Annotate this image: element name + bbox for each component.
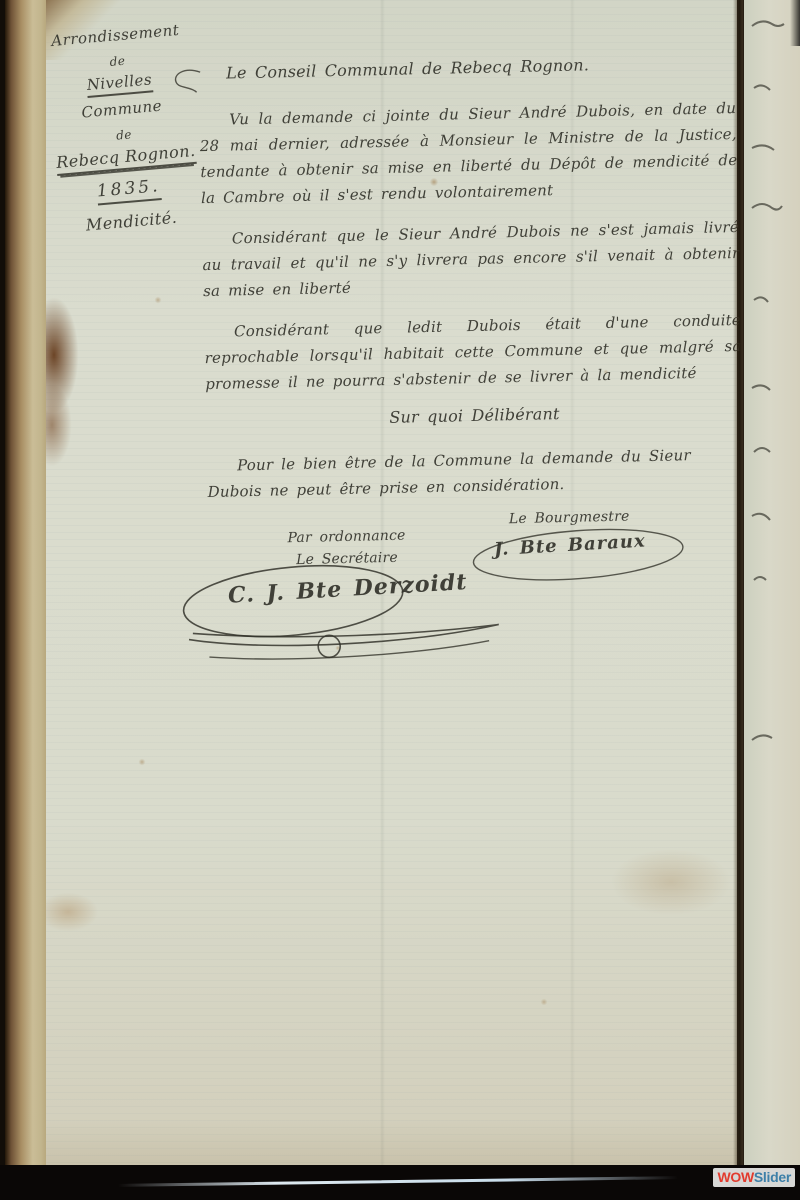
wowslider-watermark[interactable]: WOWSlider <box>713 1168 795 1187</box>
bourgmestre-caption: Le Bourgmestre <box>493 505 645 530</box>
photo-bottom-band <box>0 1165 800 1200</box>
margin-year: 1835. <box>52 174 205 204</box>
margin-rebecq-rognon: Rebecq Rognon. <box>50 142 203 171</box>
deliberation-heading: Sur quoi Délibérant <box>206 400 743 431</box>
secretary-caption-2: Le Secrétaire <box>227 545 467 572</box>
document-body: Le Conseil Communal de Rebecq Rognon. Vu… <box>198 52 749 690</box>
title-capital-flourish <box>170 66 205 101</box>
watermark-slider-text: Slider <box>754 1169 791 1185</box>
paragraph-considerant-1: Considérant que le Sieur André Dubois ne… <box>202 214 741 304</box>
margin-mendicite: Mendicité. <box>55 207 208 236</box>
manuscript-photo: Arrondissement de Nivelles Commune de Re… <box>0 0 800 1200</box>
next-page-sliver <box>744 0 800 1165</box>
secretary-signature-group: Par ordonnance Le Secrétaire C. J. Bte D… <box>227 523 468 604</box>
book-page-edge-left <box>5 0 46 1167</box>
photo-corner-shadow <box>790 0 800 46</box>
signature-block: Par ordonnance Le Secrétaire C. J. Bte D… <box>208 503 749 690</box>
secretary-signature-name: C. J. Bte Derzoidt <box>227 569 468 609</box>
bourgmestre-signature-name: J. Bte Baraux <box>494 531 647 561</box>
paragraph-resolution: Pour le bien être de la Commune la deman… <box>207 441 745 505</box>
watermark-wow-text: WOW <box>717 1169 753 1185</box>
margin-notes: Arrondissement de Nivelles Commune de Re… <box>39 22 209 248</box>
neighbor-page-ink-fragments <box>744 0 800 780</box>
page-below-sliver <box>118 1176 678 1187</box>
bourgmestre-signature-group: Le Bourgmestre J. Bte Baraux <box>493 505 646 557</box>
paragraph-considerant-2: Considérant que ledit Dubois était d'une… <box>204 307 743 397</box>
paragraph-demande: Vu la demande ci jointe du Sieur André D… <box>199 95 738 211</box>
